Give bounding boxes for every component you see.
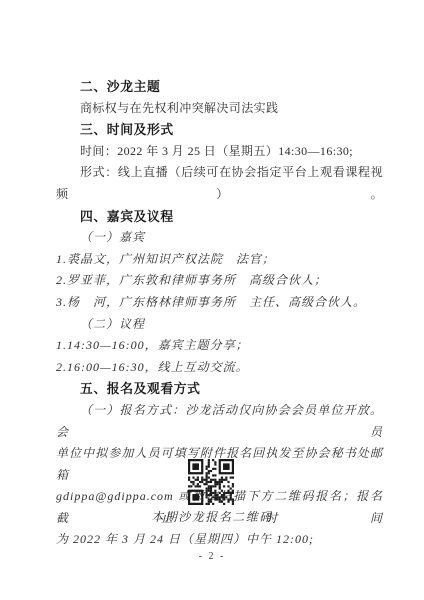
document-page: 二、沙龙主题 商标权与在先权利冲突解决司法实践 三、时间及形式 时间：2022 …	[0, 0, 424, 600]
heading-guests-agenda: 四、嘉宾及议程	[56, 206, 383, 228]
format-text: 形式：线上直播（后续可在协会指定平台上观看课程视频）。	[56, 162, 383, 205]
qr-caption: 本期沙龙报名二维码	[0, 508, 424, 525]
heading-registration: 五、报名及观看方式	[56, 378, 383, 400]
registration-line-4: 为 2022 年 3 月 24 日（星期四）中午 12:00;	[56, 529, 383, 551]
heading-time-format: 三、时间及形式	[56, 119, 383, 141]
page-number: - 2 -	[0, 551, 424, 562]
guest-item-3: 3.杨 河，广东格林律师事务所 主任、高级合伙人。	[56, 292, 383, 314]
subheading-guests: （一）嘉宾	[56, 227, 383, 249]
guest-item-1: 1.裘晶文，广州知识产权法院 法官；	[56, 249, 383, 271]
salon-topic-text: 商标权与在先权利冲突解决司法实践	[56, 98, 383, 120]
qr-code-image	[187, 459, 235, 505]
agenda-item-2: 2.16:00—16:30，线上互动交流。	[56, 357, 383, 379]
registration-line-1: （一）报名方式：沙龙活动仅向协会会员单位开放。会员	[56, 400, 383, 443]
agenda-item-1: 1.14:30—16:00，嘉宾主题分享；	[56, 335, 383, 357]
guest-item-2: 2.罗亚菲，广东敦和律师事务所 高级合伙人；	[56, 270, 383, 292]
heading-salon-topic: 二、沙龙主题	[56, 76, 383, 98]
registration-qr-code	[187, 459, 235, 505]
subheading-agenda: （二）议程	[56, 314, 383, 336]
time-text: 时间：2022 年 3 月 25 日（星期五）14:30—16:30;	[56, 141, 383, 163]
